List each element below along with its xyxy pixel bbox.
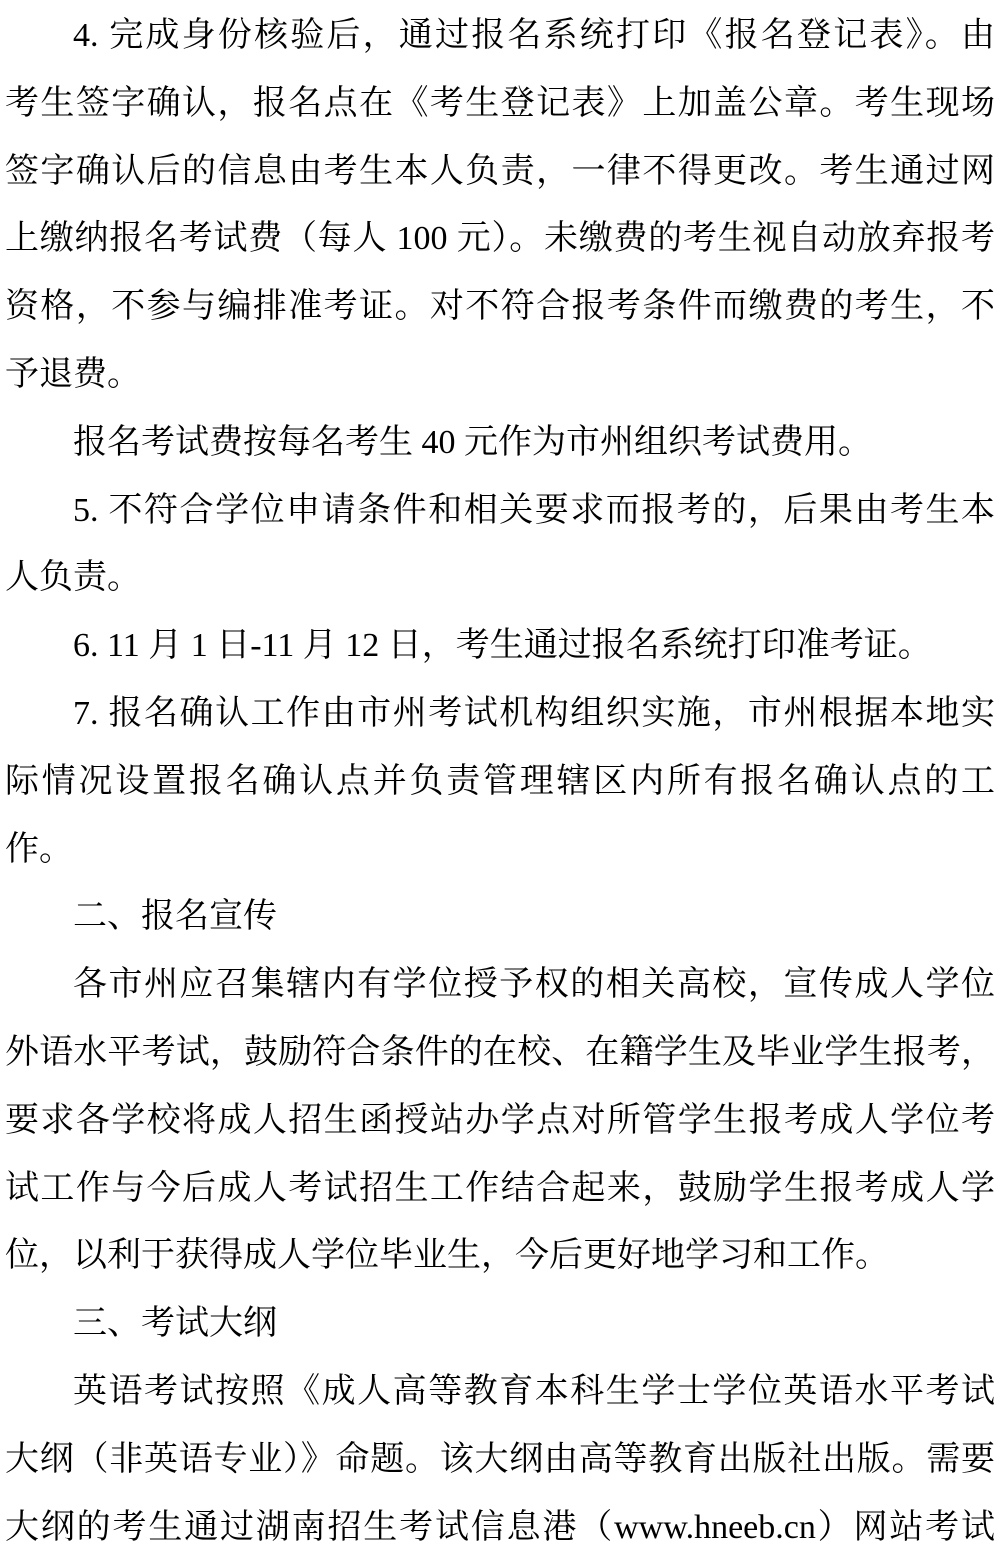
item-7-line: 7. 报名确认工作由市州考试机构组织实施，市州根据本地实 <box>5 680 995 748</box>
section-2-paragraph-line: 试工作与今后成人考试招生工作结合起来，鼓励学生报考成人学 <box>5 1155 995 1223</box>
section-3-paragraph-line: 英语考试按照《成人高等教育本科生学士学位英语水平考试 <box>5 1358 995 1426</box>
item-7-line: 作。 <box>5 816 995 884</box>
item-4-line: 4. 完成身份核验后，通过报名系统打印《报名登记表》。由 <box>5 2 995 70</box>
section-2-paragraph-line: 外语水平考试，鼓励符合条件的在校、在籍学生及毕业学生报考， <box>5 1019 995 1087</box>
fee-note-line: 报名考试费按每名考生 40 元作为市州组织考试费用。 <box>5 409 995 477</box>
document-body: 4. 完成身份核验后，通过报名系统打印《报名登记表》。由 考生签字确认，报名点在… <box>0 0 1000 1561</box>
section-2-paragraph-line: 各市州应召集辖内有学位授予权的相关高校，宣传成人学位 <box>5 951 995 1019</box>
document-page: 4. 完成身份核验后，通过报名系统打印《报名登记表》。由 考生签字确认，报名点在… <box>0 0 1000 1563</box>
item-4-line: 资格，不参与编排准考证。对不符合报考条件而缴费的考生，不 <box>5 273 995 341</box>
item-4-line: 上缴纳报名考试费（每人 100 元）。未缴费的考生视自动放弃报考 <box>5 205 995 273</box>
section-2-paragraph-line: 位，以利于获得成人学位毕业生，今后更好地学习和工作。 <box>5 1222 995 1290</box>
item-4-line: 签字确认后的信息由考生本人负责，一律不得更改。考生通过网 <box>5 138 995 206</box>
section-2-paragraph-line: 要求各学校将成人招生函授站办学点对所管学生报考成人学位考 <box>5 1087 995 1155</box>
item-5-line: 5. 不符合学位申请条件和相关要求而报考的，后果由考生本 <box>5 477 995 545</box>
item-4-line: 考生签字确认，报名点在《考生登记表》上加盖公章。考生现场 <box>5 70 995 138</box>
section-3-paragraph-line: 大纲的考生通过湖南招生考试信息港（www.hneeb.cn）网站考试 <box>5 1494 995 1562</box>
item-6-line: 6. 11 月 1 日-11 月 12 日，考生通过报名系统打印准考证。 <box>5 612 995 680</box>
item-4-line: 予退费。 <box>5 341 995 409</box>
item-7-line: 际情况设置报名确认点并负责管理辖区内所有报名确认点的工 <box>5 748 995 816</box>
item-5-line: 人负责。 <box>5 544 995 612</box>
section-heading-2: 二、报名宣传 <box>5 883 995 951</box>
section-3-paragraph-line: 大纲（非英语专业）》命题。该大纲由高等教育出版社出版。需要 <box>5 1426 995 1494</box>
section-heading-3: 三、考试大纲 <box>5 1290 995 1358</box>
